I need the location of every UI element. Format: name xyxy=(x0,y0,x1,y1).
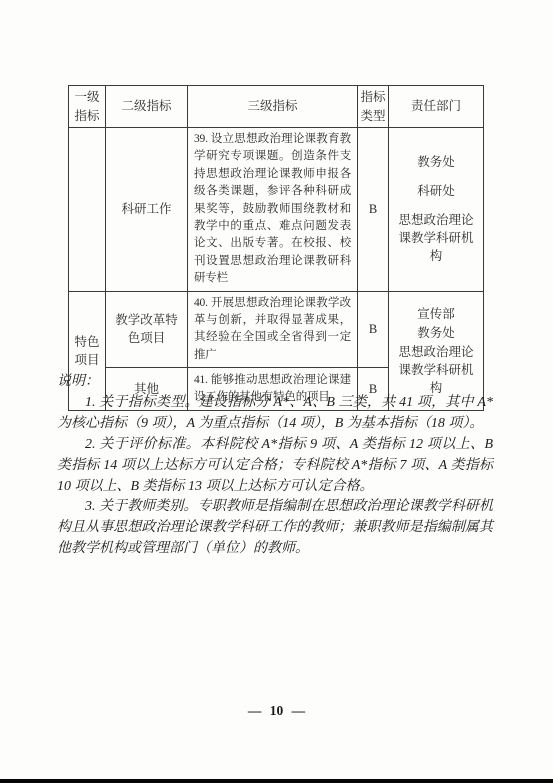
document-page: 一级指标 二级指标 三级指标 指标类型 责任部门 科研工作 39. 设立思想政治… xyxy=(0,0,553,783)
cell-level2-teaching-reform: 教学改革特色项目 xyxy=(106,291,188,368)
cell-level3-indicator-39: 39. 设立思想政治理论课教育教学研究专项课题。创造条件支持思想政治理论课教师申… xyxy=(188,128,358,292)
department-item: 教务处 xyxy=(417,324,455,342)
notes-section: 说明： 1. 关于指标类型。建设指标分 A*、A、B 三类，共 41 项，其中 … xyxy=(57,372,493,560)
col-header-level1-indicator: 一级指标 xyxy=(69,86,106,128)
note-item-evaluation-criteria: 2. 关于评价标准。本科院校 A*指标 9 项、A 类指标 12 项以上、B 类… xyxy=(57,435,493,498)
col-header-indicator-type: 指标类型 xyxy=(358,86,389,128)
department-list: 教务处 科研处 思想政治理论课教学科研机构 xyxy=(393,142,479,276)
cell-departments-39: 教务处 科研处 思想政治理论课教学科研机构 xyxy=(389,128,484,292)
cell-level1-empty xyxy=(69,128,106,292)
table-row-indicator-39: 科研工作 39. 设立思想政治理论课教育教学研究专项课题。创造条件支持思想政治理… xyxy=(69,128,484,292)
cell-type-39: B xyxy=(358,128,389,292)
col-header-responsible-dept: 责任部门 xyxy=(389,86,484,128)
col-header-level2-indicator: 二级指标 xyxy=(106,86,188,128)
notes-title: 说明： xyxy=(57,372,493,393)
department-item: 思想政治理论课教学科研机构 xyxy=(393,211,479,265)
page-number: — 10 — xyxy=(0,703,553,719)
table-row-indicator-40: 特色项目 教学改革特色项目 40. 开展思想政治理论课教学改革与创新，并取得显著… xyxy=(69,291,484,368)
note-item-indicator-types: 1. 关于指标类型。建设指标分 A*、A、B 三类，共 41 项，其中 A*为核… xyxy=(57,393,493,435)
cell-level2-research-work: 科研工作 xyxy=(106,128,188,292)
cell-level3-indicator-40: 40. 开展思想政治理论课教学改革与创新，并取得显著成果，其经验在全国或全省得到… xyxy=(188,291,358,368)
indicator-table: 一级指标 二级指标 三级指标 指标类型 责任部门 科研工作 39. 设立思想政治… xyxy=(68,85,484,411)
department-item: 教务处 xyxy=(417,153,455,171)
note-item-teacher-categories: 3. 关于教师类别。专职教师是指编制在思想政治理论课教学科研机构且从事思想政治理… xyxy=(57,497,493,560)
col-header-level3-indicator: 三级指标 xyxy=(188,86,358,128)
table-header-row: 一级指标 二级指标 三级指标 指标类型 责任部门 xyxy=(69,86,484,128)
cell-type-40: B xyxy=(358,291,389,368)
department-item: 科研处 xyxy=(417,182,455,200)
department-item: 宣传部 xyxy=(417,305,455,323)
scan-edge-bar xyxy=(0,779,553,783)
